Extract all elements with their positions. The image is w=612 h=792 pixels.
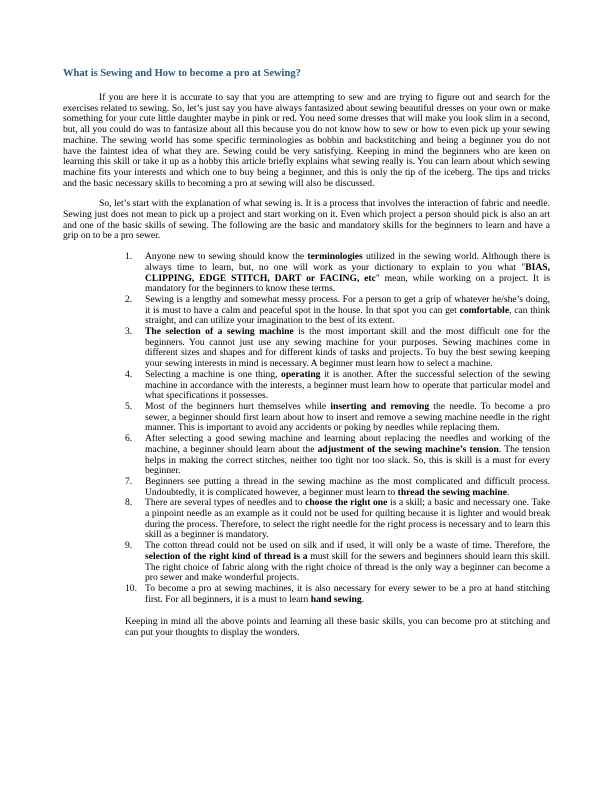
list-item: 10. To become a pro at sewing machines, … <box>125 584 550 605</box>
list-item-text: There are several types of needles and t… <box>145 498 550 541</box>
list-item: 1. Anyone new to sewing should know the … <box>125 252 550 295</box>
list-item-text: Anyone new to sewing should know the ter… <box>145 252 550 295</box>
list-item: 2. Sewing is a lengthy and somewhat mess… <box>125 295 550 327</box>
list-item-text: Beginners see putting a thread in the se… <box>145 477 550 498</box>
list-item: 3. The selection of a sewing machine is … <box>125 327 550 370</box>
document-title: What is Sewing and How to become a pro a… <box>63 68 550 80</box>
list-item: 5. Most of the beginners hurt themselves… <box>125 402 550 434</box>
list-item-number: 2. <box>125 295 145 327</box>
list-item-text: To become a pro at sewing machines, it i… <box>145 584 550 605</box>
list-item-number: 1. <box>125 252 145 295</box>
paragraph-intro: If you are here it is accurate to say th… <box>63 93 550 189</box>
list-item-text: The selection of a sewing machine is the… <box>145 327 550 370</box>
document-content: What is Sewing and How to become a pro a… <box>63 68 550 639</box>
paragraph-closing: Keeping in mind all the above points and… <box>125 617 550 638</box>
list-item-text: Selecting a machine is one thing, operat… <box>145 370 550 402</box>
list-item-number: 7. <box>125 477 145 498</box>
list-item: 6. After selecting a good sewing machine… <box>125 434 550 477</box>
list-item-text: Sewing is a lengthy and somewhat messy p… <box>145 295 550 327</box>
list-item-text: The cotton thread could not be used on s… <box>145 541 550 584</box>
list-item-text: Most of the beginners hurt themselves wh… <box>145 402 550 434</box>
list-item: 8. There are several types of needles an… <box>125 498 550 541</box>
list-item: 9. The cotton thread could not be used o… <box>125 541 550 584</box>
list-item-number: 6. <box>125 434 145 477</box>
paragraph-explanation: So, let’s start with the explanation of … <box>63 199 550 242</box>
list-item-number: 5. <box>125 402 145 434</box>
document-page: What is Sewing and How to become a pro a… <box>0 0 612 792</box>
list-item: 4. Selecting a machine is one thing, ope… <box>125 370 550 402</box>
list-item-text: After selecting a good sewing machine an… <box>145 434 550 477</box>
list-item-number: 3. <box>125 327 145 370</box>
list-item-number: 4. <box>125 370 145 402</box>
skills-list: 1. Anyone new to sewing should know the … <box>63 252 550 605</box>
list-item-number: 8. <box>125 498 145 541</box>
list-item: 7. Beginners see putting a thread in the… <box>125 477 550 498</box>
list-item-number: 9. <box>125 541 145 584</box>
list-item-number: 10. <box>125 584 145 605</box>
